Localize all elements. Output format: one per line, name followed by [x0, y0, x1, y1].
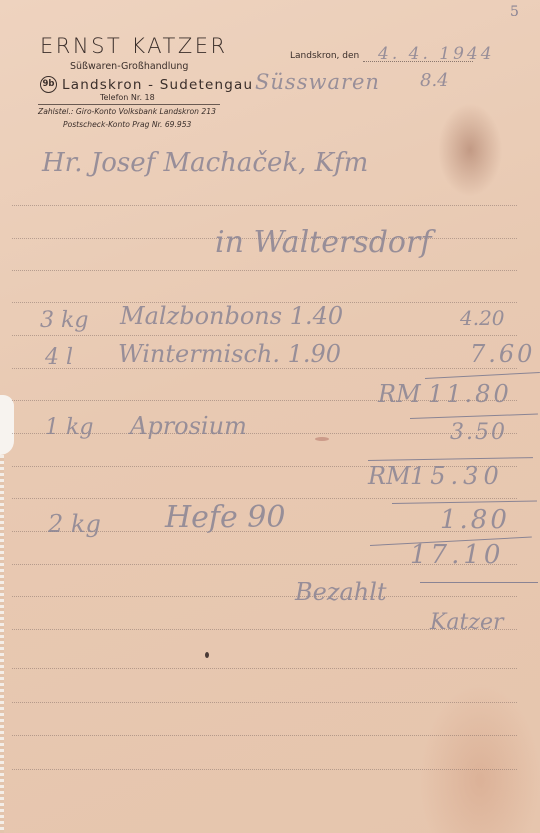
item-desc: Malzbonbons 1.40	[120, 302, 343, 330]
total-double-underline	[420, 582, 538, 583]
item-qty: 2 kg	[48, 510, 101, 538]
date-label: Landskron, den	[290, 51, 359, 61]
handwritten-subject-ref: 8.4	[420, 70, 449, 91]
item-qty: 1 kg	[45, 415, 93, 440]
stain-spot	[315, 437, 329, 441]
ruled-line	[12, 335, 517, 336]
ruled-line	[12, 270, 517, 271]
item-desc: Wintermisch. 1.90	[118, 340, 341, 368]
ruled-line	[12, 205, 517, 206]
recipient-town: in Waltersdorf	[215, 225, 431, 260]
ruled-line	[12, 769, 517, 770]
signature: Katzer	[430, 610, 504, 635]
corner-mark: 5	[510, 4, 519, 20]
ruled-line	[12, 368, 517, 369]
ruled-line	[12, 702, 517, 703]
handwritten-date: 4. 4. 1944	[378, 44, 495, 64]
handwritten-subject: Süsswaren	[255, 70, 380, 94]
subtotal-prefix: RM	[378, 380, 421, 408]
ink-spot	[205, 652, 209, 658]
item-qty: 3 kg	[40, 308, 88, 333]
city-text: Landskron - Sudetengau	[62, 77, 253, 93]
city-line: 9b Landskron - Sudetengau	[40, 76, 253, 93]
postcheck-account: Postscheck-Konto Prag Nr. 69.953	[63, 120, 191, 129]
phone-number: Telefon Nr. 18	[100, 93, 155, 102]
item-desc: Aprosium	[130, 412, 247, 440]
item-amount: 3.50	[450, 420, 507, 445]
company-name: ERNST KATZER	[40, 34, 228, 58]
letterhead-divider	[38, 104, 220, 105]
item-amount: 1.80	[440, 505, 510, 535]
torn-edge	[0, 395, 14, 455]
recipient-name: Hr. Josef Machaček, Kfm	[42, 148, 368, 178]
subtotal-prefix: RM	[368, 462, 411, 490]
item-amount: 4.20	[460, 306, 505, 330]
paid-note: Bezahlt	[295, 578, 387, 606]
ruled-line	[12, 498, 517, 499]
perforated-edge	[0, 455, 4, 833]
item-desc: Hefe 90	[165, 500, 285, 535]
item-amount: 7.60	[470, 340, 535, 368]
item-qty: 4 l	[45, 345, 73, 370]
district-badge-icon: 9b	[40, 76, 57, 93]
bank-account: Zahlstel.: Giro-Konto Volksbank Landskro…	[38, 107, 216, 116]
ruled-line	[12, 596, 517, 597]
business-type: Süßwaren-Großhandlung	[70, 61, 188, 72]
grand-total: 17.10	[410, 540, 504, 570]
subtotal-amount: 15.30	[410, 462, 504, 490]
ruled-line	[12, 668, 517, 669]
subtotal-amount: 11.80	[428, 380, 512, 408]
ruled-line	[12, 735, 517, 736]
